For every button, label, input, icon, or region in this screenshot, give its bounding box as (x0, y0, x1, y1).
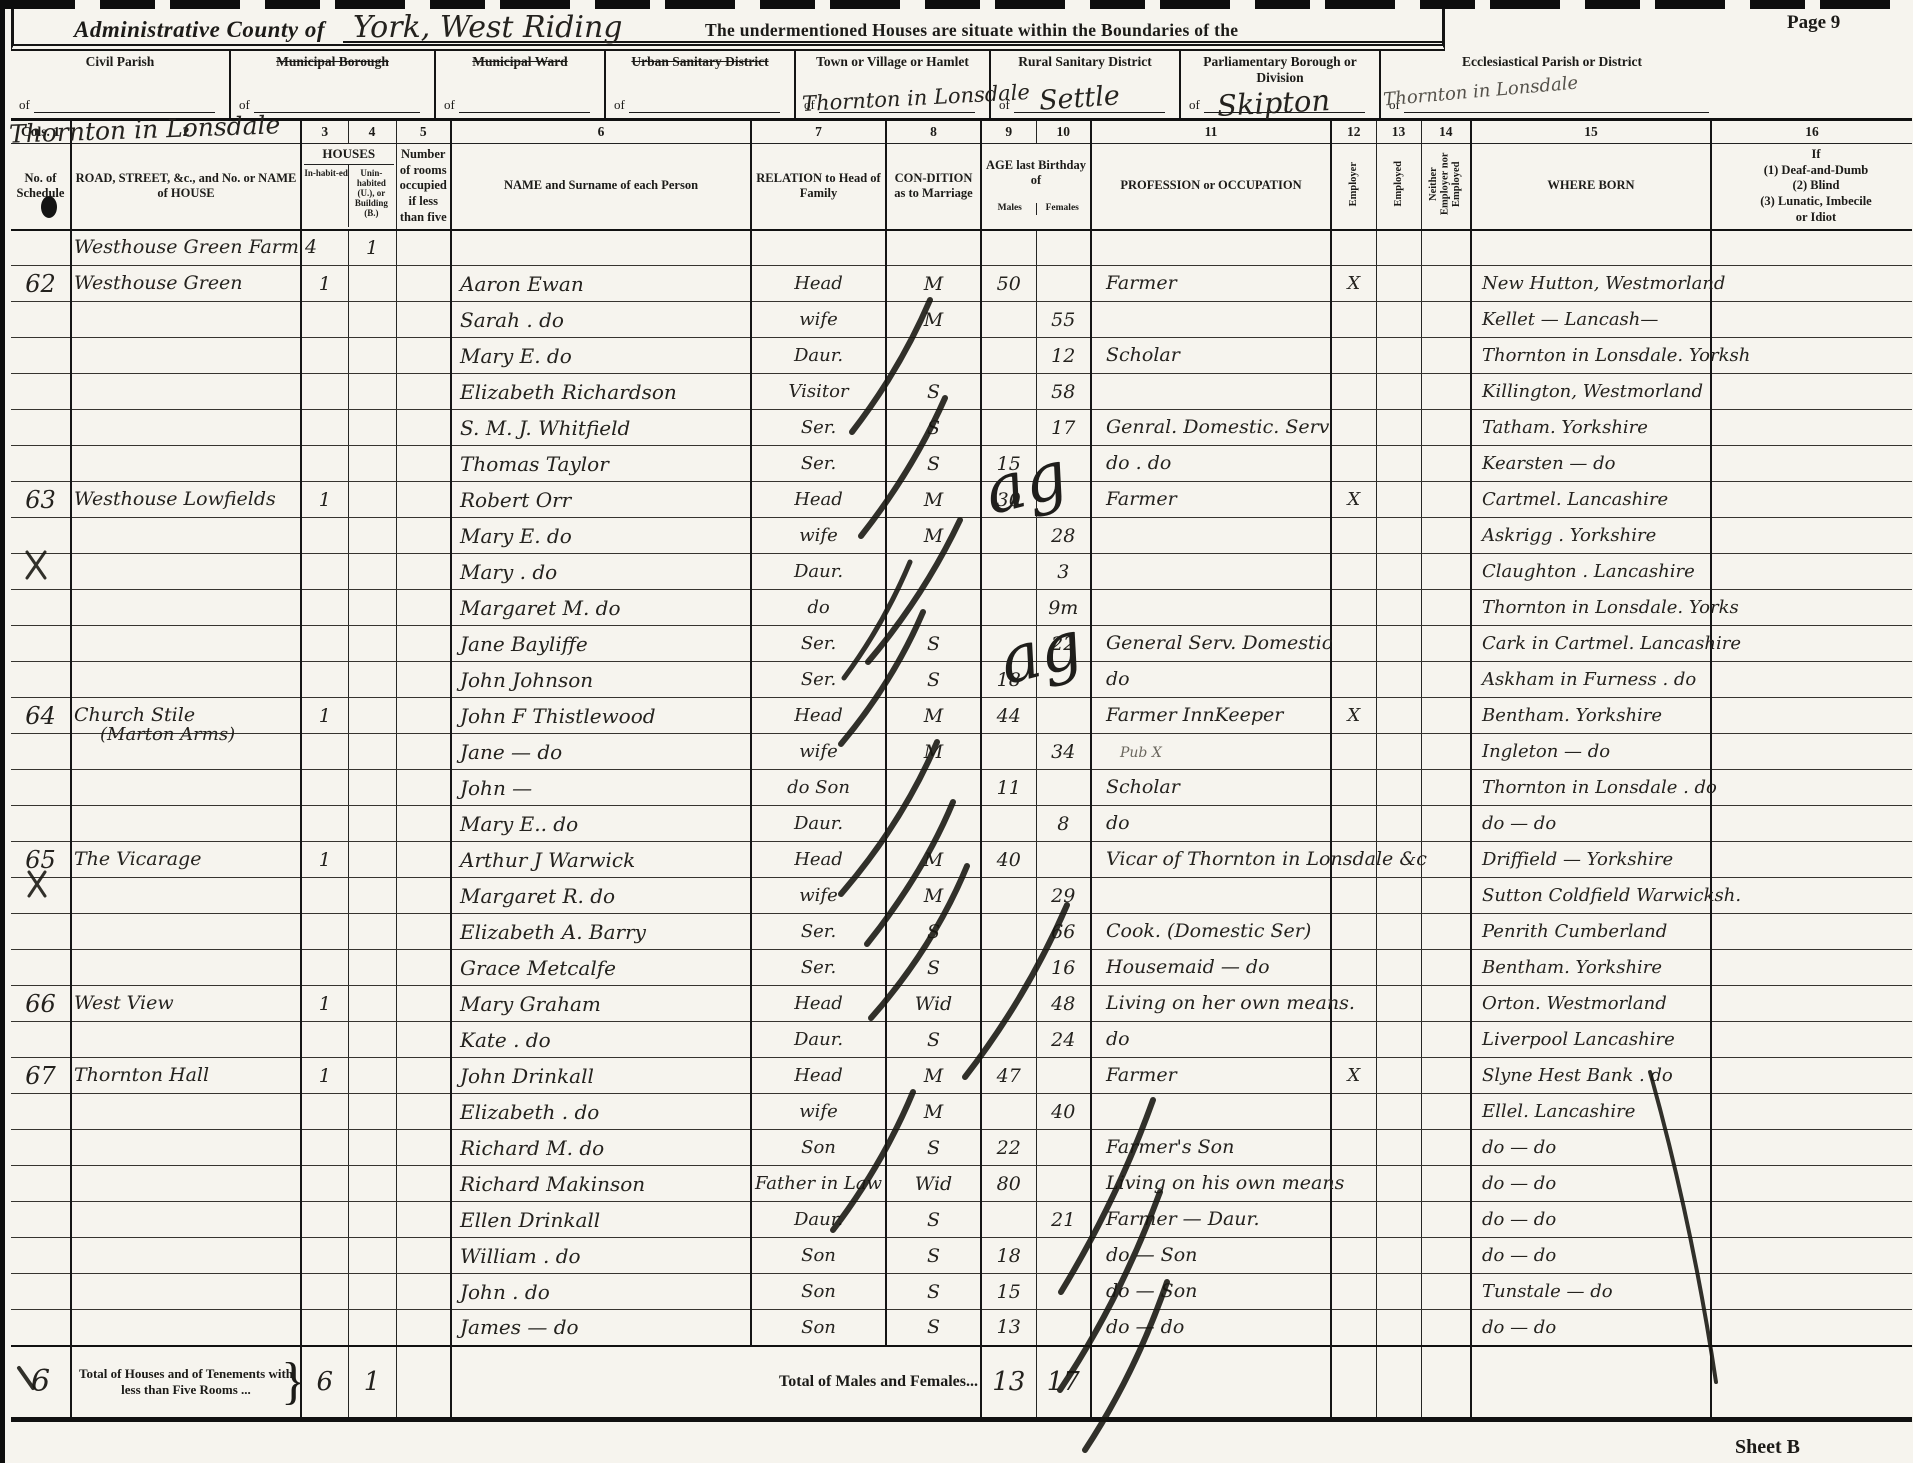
cell-schedule (11, 1166, 71, 1202)
cell-infirmity (1711, 230, 1912, 266)
cell-where-born: Claughton . Lancashire (1471, 554, 1711, 590)
cell-relation: Daur. (751, 806, 886, 842)
cell-age-male: 11 (981, 770, 1036, 806)
cell-uninhabited (348, 986, 396, 1022)
col-num: 15 (1471, 120, 1711, 144)
cell-road (71, 1094, 301, 1130)
cell-road (71, 914, 301, 950)
cell-rooms (396, 446, 451, 482)
col-num: 12 (1331, 120, 1376, 144)
table-row: Elizabeth Richardson Visitor S 58 Killin… (11, 374, 1912, 410)
header-employer: Employer (1331, 144, 1376, 230)
cell-relation: Head (751, 842, 886, 878)
cell-employer (1331, 662, 1376, 698)
cell-name: Robert Orr (451, 482, 751, 518)
cell-occupation: Farmer's Son (1091, 1130, 1331, 1166)
cell-road: Church Stile (Marton Arms) (71, 698, 301, 734)
cell-rooms (396, 662, 451, 698)
cell-neither (1421, 698, 1471, 734)
header-uninhabited: Unin-habited (U.), or Building (B.) (348, 165, 393, 227)
cell-neither (1421, 338, 1471, 374)
cell-schedule (11, 518, 71, 554)
cell-name: Ellen Drinkall (451, 1202, 751, 1238)
cell-infirmity (1711, 950, 1912, 986)
cell-rooms (396, 1094, 451, 1130)
cell-uninhabited: 1 (348, 230, 396, 266)
cell-employed (1376, 410, 1421, 446)
cell-neither (1421, 1058, 1471, 1094)
cell-relation: wife (751, 734, 886, 770)
cell-age-male (981, 554, 1036, 590)
cell-neither (1421, 1310, 1471, 1346)
census-rows: Westhouse Green Farm 4 1 62 Westhouse (11, 230, 1912, 1346)
cell-name: Sarah . do (451, 302, 751, 338)
cell-infirmity (1711, 302, 1912, 338)
cell-infirmity (1711, 914, 1912, 950)
cell-schedule (11, 770, 71, 806)
cell-neither (1421, 446, 1471, 482)
cell-neither (1421, 1274, 1471, 1310)
cell-uninhabited (348, 1274, 396, 1310)
cell-neither (1421, 1202, 1471, 1238)
cell-relation: Daur. (751, 1022, 886, 1058)
cell-condition: S (886, 914, 981, 950)
cell-infirmity (1711, 1202, 1912, 1238)
cell-occupation: do (1091, 662, 1331, 698)
cell-rooms (396, 806, 451, 842)
header-profession: PROFESSION or OCCUPATION (1091, 144, 1331, 230)
cell-age-male: 47 (981, 1058, 1036, 1094)
cell-rooms (396, 1310, 451, 1346)
table-row: Mary . do Daur. 3 Claughton . Lancashire (11, 554, 1912, 590)
cell-employer (1331, 770, 1376, 806)
cell-neither (1421, 1094, 1471, 1130)
cell-condition: M (886, 1058, 981, 1094)
district-town-village: Town or Village or Hamlet Thornton in Lo… (794, 51, 989, 118)
cell-uninhabited (348, 482, 396, 518)
cell-road (71, 1022, 301, 1058)
cell-name (451, 230, 751, 266)
totals-empty (1711, 1346, 1912, 1420)
cell-relation: wife (751, 302, 886, 338)
cell-age-male: 13 (981, 1310, 1036, 1346)
cell-schedule (11, 734, 71, 770)
cell-name: Aaron Ewan (451, 266, 751, 302)
cell-rooms (396, 986, 451, 1022)
cell-inhabited: 1 (301, 698, 348, 734)
census-page: Administrative County of York, West Ridi… (0, 0, 1913, 1463)
cell-relation: Son (751, 1310, 886, 1346)
cell-uninhabited (348, 446, 396, 482)
totals-empty (1471, 1346, 1711, 1420)
cell-infirmity (1711, 1130, 1912, 1166)
col-num: 5 (396, 120, 451, 144)
cell-age-female (1036, 1130, 1091, 1166)
cell-road (71, 518, 301, 554)
cell-employer (1331, 950, 1376, 986)
col-num: 11 (1091, 120, 1331, 144)
cell-condition: S (886, 374, 981, 410)
cell-employed (1376, 482, 1421, 518)
cell-condition: S (886, 950, 981, 986)
cell-age-female: 34 (1036, 734, 1091, 770)
cell-relation: Ser. (751, 950, 886, 986)
cell-rooms (396, 1022, 451, 1058)
cell-schedule (11, 1094, 71, 1130)
cell-employer (1331, 374, 1376, 410)
cell-infirmity (1711, 374, 1912, 410)
cell-occupation: Farmer (1091, 266, 1331, 302)
totals-rooms-empty (396, 1346, 451, 1420)
ag-scrawl: ag (978, 441, 1073, 525)
cell-schedule (11, 1202, 71, 1238)
cell-inhabited: 1 (301, 1058, 348, 1094)
cell-condition: M (886, 1094, 981, 1130)
cell-age-female: 21 (1036, 1202, 1091, 1238)
cell-employer (1331, 1238, 1376, 1274)
cell-condition: M (886, 878, 981, 914)
header-infirmity: If (1) Deaf-and-Dumb (2) Blind (3) Lunat… (1711, 144, 1912, 230)
cell-where-born: Slyne Hest Bank . do (1471, 1058, 1711, 1094)
cell-occupation: Scholar (1091, 770, 1331, 806)
cell-road (71, 1310, 301, 1346)
cell-infirmity (1711, 1058, 1912, 1094)
cell-uninhabited (348, 1022, 396, 1058)
cell-age-female (1036, 230, 1091, 266)
cell-rooms (396, 1166, 451, 1202)
totals-uninhabited: 1 (348, 1346, 396, 1420)
cell-inhabited (301, 1094, 348, 1130)
cell-where-born: Thornton in Lonsdale . do (1471, 770, 1711, 806)
cell-inhabited (301, 1022, 348, 1058)
cell-road (71, 626, 301, 662)
cell-where-born: Kellet — Lancash— (1471, 302, 1711, 338)
cell-occupation (1091, 590, 1331, 626)
cell-employed (1376, 878, 1421, 914)
cell-infirmity (1711, 878, 1912, 914)
cell-name: Mary E. do (451, 338, 751, 374)
cell-schedule: 63 (11, 482, 71, 518)
cell-age-male (981, 734, 1036, 770)
cell-occupation: Farmer — Daur. (1091, 1202, 1331, 1238)
cell-where-born (1471, 230, 1711, 266)
cell-where-born: Thornton in Lonsdale. Yorks (1471, 590, 1711, 626)
cell-rooms (396, 950, 451, 986)
cell-employer (1331, 590, 1376, 626)
cell-uninhabited (348, 626, 396, 662)
cell-name: Mary E.. do (451, 806, 751, 842)
district-boxes: Civil Parish Thornton in Lonsdale of Mun… (11, 51, 1723, 118)
cell-road (71, 1238, 301, 1274)
cell-condition: M (886, 698, 981, 734)
cell-age-female: 29 (1036, 878, 1091, 914)
cell-condition: S (886, 1130, 981, 1166)
cell-age-male (981, 986, 1036, 1022)
table-row: S. M. J. Whitfield Ser. S 17 Genral. Dom… (11, 410, 1912, 446)
cell-infirmity (1711, 806, 1912, 842)
table-row: John Johnson Ser. S 18 do Askham in Furn… (11, 662, 1912, 698)
cell-employer: X (1331, 482, 1376, 518)
totals-males: 13 (981, 1346, 1036, 1420)
cell-age-female: 66 (1036, 914, 1091, 950)
cell-road (71, 806, 301, 842)
cell-occupation: Housemaid — do (1091, 950, 1331, 986)
cell-employed (1376, 986, 1421, 1022)
cell-uninhabited (348, 806, 396, 842)
cell-where-born: Ingleton — do (1471, 734, 1711, 770)
cell-inhabited (301, 410, 348, 446)
cell-uninhabited (348, 662, 396, 698)
cell-schedule (11, 626, 71, 662)
table-row: Thomas Taylor Ser. S 15 do . do Kearsten… (11, 446, 1912, 482)
cell-employer (1331, 1274, 1376, 1310)
cell-inhabited (301, 554, 348, 590)
header-road: ROAD, STREET, &c., and No. or NAME of HO… (71, 144, 301, 230)
cell-schedule (11, 1310, 71, 1346)
cell-condition: M (886, 842, 981, 878)
header-neither: Neither Employer nor Employed (1421, 144, 1471, 230)
cell-uninhabited (348, 518, 396, 554)
cell-relation: Head (751, 698, 886, 734)
cell-occupation (1091, 302, 1331, 338)
cell-employer (1331, 230, 1376, 266)
cell-infirmity (1711, 662, 1912, 698)
cell-employer (1331, 554, 1376, 590)
cell-neither (1421, 878, 1471, 914)
cell-infirmity (1711, 986, 1912, 1022)
cell-employed (1376, 554, 1421, 590)
cell-age-male: 80 (981, 1166, 1036, 1202)
cell-employed (1376, 1094, 1421, 1130)
cell-rooms (396, 1238, 451, 1274)
cell-neither (1421, 806, 1471, 842)
table-row: 65 The Vicarage 1 Arthur J Warwick Head … (11, 842, 1912, 878)
cell-neither (1421, 482, 1471, 518)
col-num: 7 (751, 120, 886, 144)
cell-rooms (396, 914, 451, 950)
cell-rooms (396, 842, 451, 878)
table-row: 62 Westhouse Green 1 Aaron Ewan Head M 5… (11, 266, 1912, 302)
cell-uninhabited (348, 1310, 396, 1346)
cell-uninhabited (348, 770, 396, 806)
cell-infirmity (1711, 482, 1912, 518)
cell-condition: M (886, 266, 981, 302)
cell-inhabited: 1 (301, 266, 348, 302)
cell-condition: S (886, 1238, 981, 1274)
cell-schedule (11, 446, 71, 482)
header-inhabited: In-habit-ed (304, 165, 348, 227)
district-label: Rural Sanitary District (991, 51, 1179, 70)
cell-inhabited (301, 338, 348, 374)
cell-inhabited (301, 1130, 348, 1166)
cell-schedule (11, 1130, 71, 1166)
cell-age-female: 55 (1036, 302, 1091, 338)
totals-row: 6 Total of Houses and of Tenements with … (11, 1346, 1912, 1420)
cell-name: Jane Bayliffe (451, 626, 751, 662)
cell-where-born: do — do (1471, 1202, 1711, 1238)
cell-rooms (396, 338, 451, 374)
cell-schedule (11, 1238, 71, 1274)
cell-road: Thornton Hall (71, 1058, 301, 1094)
cell-infirmity (1711, 1238, 1912, 1274)
cell-employed (1376, 1130, 1421, 1166)
district-municipal-borough: Municipal Borough of (229, 51, 434, 118)
cell-relation: Head (751, 986, 886, 1022)
cell-relation: Head (751, 1058, 886, 1094)
cell-occupation (1091, 554, 1331, 590)
cell-employed (1376, 1166, 1421, 1202)
cell-name: Richard Makinson (451, 1166, 751, 1202)
table-row: John . do Son S 15 do — Son Tunstale — d… (11, 1274, 1912, 1310)
cell-relation: Head (751, 266, 886, 302)
cell-schedule: 62 (11, 266, 71, 302)
cell-age-female (1036, 1058, 1091, 1094)
cell-age-male (981, 302, 1036, 338)
cell-infirmity (1711, 698, 1912, 734)
cell-age-female (1036, 842, 1091, 878)
cell-neither (1421, 1166, 1471, 1202)
cell-uninhabited (348, 1238, 396, 1274)
table-row: Westhouse Green Farm 4 1 (11, 230, 1912, 266)
cell-employer (1331, 878, 1376, 914)
cell-age-male: 50 (981, 266, 1036, 302)
cell-condition (886, 806, 981, 842)
cell-infirmity (1711, 554, 1912, 590)
cell-age-male (981, 374, 1036, 410)
cell-employed (1376, 1058, 1421, 1094)
header-females: Females (1036, 203, 1089, 215)
cell-schedule (11, 230, 71, 266)
cell-inhabited (301, 590, 348, 626)
header-schedule: No. of Schedule (11, 144, 71, 230)
cell-name: Arthur J Warwick (451, 842, 751, 878)
cell-employed (1376, 662, 1421, 698)
cell-age-male: 18 (981, 1238, 1036, 1274)
cell-employed (1376, 266, 1421, 302)
cell-where-born: Cark in Cartmel. Lancashire (1471, 626, 1711, 662)
cell-occupation: Scholar (1091, 338, 1331, 374)
cell-age-female (1036, 770, 1091, 806)
cell-schedule (11, 338, 71, 374)
cell-age-female (1036, 266, 1091, 302)
cell-where-born: Ellel. Lancashire (1471, 1094, 1711, 1130)
cell-infirmity (1711, 410, 1912, 446)
cell-age-male (981, 806, 1036, 842)
cell-where-born: Kearsten — do (1471, 446, 1711, 482)
district-ecclesiastical: Ecclesiastical Parish or District Thornt… (1379, 51, 1723, 118)
cell-neither (1421, 1130, 1471, 1166)
brace-glyph: } (281, 1351, 306, 1413)
cell-relation: Daur. (751, 338, 886, 374)
district-label: Civil Parish (11, 51, 229, 70)
cell-where-born: Killington, Westmorland (1471, 374, 1711, 410)
cell-occupation: Farmer InnKeeper (1091, 698, 1331, 734)
cell-uninhabited (348, 410, 396, 446)
cell-employed (1376, 734, 1421, 770)
cell-neither (1421, 626, 1471, 662)
col-num: 13 (1376, 120, 1421, 144)
cell-relation: Daur. (751, 1202, 886, 1238)
cell-age-female: 40 (1036, 1094, 1091, 1130)
cell-inhabited (301, 518, 348, 554)
cell-inhabited (301, 770, 348, 806)
age-title: AGE last Birthday of (984, 158, 1088, 189)
cell-relation: Daur. (751, 554, 886, 590)
cell-age-female: 3 (1036, 554, 1091, 590)
cell-employer (1331, 1022, 1376, 1058)
cell-age-female (1036, 1310, 1091, 1346)
cell-rooms (396, 878, 451, 914)
table-row: William . do Son S 18 do — Son do — do (11, 1238, 1912, 1274)
district-parliamentary: Parliamentary Borough or Division Skipto… (1179, 51, 1379, 118)
header-condition: CON-DITION as to Marriage (886, 144, 981, 230)
cell-employed (1376, 1310, 1421, 1346)
table-row: Elizabeth A. Barry Ser. S 66 Cook. (Dome… (11, 914, 1912, 950)
table-row: Sarah . do wife M 55 Kellet — Lancash— (11, 302, 1912, 338)
cell-employer (1331, 914, 1376, 950)
cell-where-born: do — do (1471, 1130, 1711, 1166)
cell-name: Elizabeth Richardson (451, 374, 751, 410)
cell-age-female (1036, 1274, 1091, 1310)
cell-relation: Ser. (751, 446, 886, 482)
header-age-group: AGE last Birthday of Males Females (981, 144, 1091, 230)
cell-age-male (981, 1202, 1036, 1238)
cell-age-female: 28 (1036, 518, 1091, 554)
cell-road (71, 374, 301, 410)
header-rooms: Number of rooms occupied if less than fi… (396, 144, 451, 230)
cell-infirmity (1711, 518, 1912, 554)
cell-age-male (981, 1022, 1036, 1058)
cell-road (71, 770, 301, 806)
ink-blot (41, 196, 57, 218)
cell-employer (1331, 1130, 1376, 1166)
cell-neither (1421, 950, 1471, 986)
col-num: 14 (1421, 120, 1471, 144)
cell-rooms (396, 230, 451, 266)
cell-relation: Son (751, 1238, 886, 1274)
cell-where-born: do — do (1471, 1166, 1711, 1202)
cell-rooms (396, 410, 451, 446)
cell-occupation (1091, 1094, 1331, 1130)
cell-where-born: Liverpool Lancashire (1471, 1022, 1711, 1058)
cell-age-male: 22 (981, 1130, 1036, 1166)
cell-occupation (1091, 374, 1331, 410)
cell-condition: M (886, 734, 981, 770)
table-row: James — do Son S 13 do — do do — do (11, 1310, 1912, 1346)
cell-schedule (11, 302, 71, 338)
cell-neither (1421, 842, 1471, 878)
totals-empty (1091, 1346, 1331, 1420)
cell-employed (1376, 1202, 1421, 1238)
cell-employed (1376, 338, 1421, 374)
col-num: 9 (981, 120, 1036, 144)
cell-employer (1331, 302, 1376, 338)
cell-rooms (396, 698, 451, 734)
cell-neither (1421, 374, 1471, 410)
cell-employed (1376, 446, 1421, 482)
cell-neither (1421, 662, 1471, 698)
cell-inhabited (301, 1202, 348, 1238)
cell-name: Margaret M. do (451, 590, 751, 626)
cell-where-born: do — do (1471, 1238, 1711, 1274)
cell-age-female (1036, 1238, 1091, 1274)
cell-infirmity (1711, 266, 1912, 302)
cell-employer (1331, 518, 1376, 554)
cell-relation: Head (751, 482, 886, 518)
undermentioned-title: The undermentioned Houses are situate wi… (705, 20, 1405, 41)
cell-neither (1421, 590, 1471, 626)
cell-road-line2: (Marton Arms) (100, 724, 235, 745)
